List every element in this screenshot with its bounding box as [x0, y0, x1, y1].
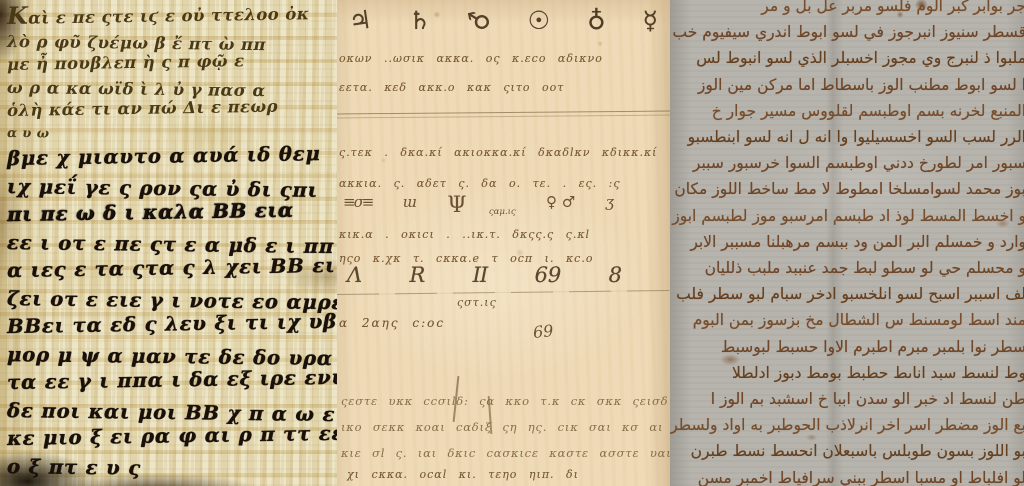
arabic-manuscript-line: بع الوز مضطر اسر اخر انرلاذب الحوطبر به … [670, 412, 1024, 438]
arabic-manuscript-line: بو اللوز بسون طوبلس باسبعلان انحسط نسط ط… [670, 438, 1024, 464]
zodiac-symbol-icon: R [410, 263, 426, 287]
arabic-manuscript-line: الرر لسب السو اخسسيليوا وا انه ل انه لسو… [670, 124, 1024, 150]
cancer-glyph-repeat: 69 [532, 321, 554, 342]
planet-symbols-row: ♃♄♂☉♁☿ [349, 6, 658, 35]
astro-symbol-icon: Ψ [447, 193, 466, 218]
astro-symbol-icon: ≡σ≡ [343, 193, 372, 211]
arabic-manuscript-line: مند اسط لومسنط س الشطال مخ بزسوز بمن الب… [670, 307, 1024, 333]
greek-text-block: Καὶ ε πε ςτε ιϛ ε οὐ ττελοο ὀκλὸ ρ φῦ ζυ… [0, 0, 337, 486]
greek-manuscript-line: κε μιο ξ ει ρα φ αι ρ π ττ εε π [7, 420, 337, 453]
script-row-2: εετα. κεδ ακκ.ο κακ ςιτο οοτ [339, 81, 564, 94]
arabic-manuscript-line: ملبوا ذ لنبرج وي مجوز اخسبلر الذي لسو ان… [670, 45, 1024, 71]
greek-manuscript-line: ο ξ πτ ε υ ς [7, 453, 337, 485]
arabic-manuscript-line: وط لنسط سبد اناىط حطبط بومط دبوز ادلطلا [670, 360, 1024, 386]
arabic-manuscript-line: وارد و خمسلم البر المن ود ببسم مرهبلنا م… [670, 229, 1024, 255]
script-row-1: οκων ..ωσικ ακκα. ος κ.εco αδικνο [339, 52, 603, 65]
ruled-line-2 [337, 290, 670, 295]
script-line: ικο σεκκ κοαι cαδιξ ςη ης. cικ σαι κσ αι [341, 414, 668, 440]
greek-manuscript-line: τα εε γ ι ππα ι δα εξ ιρε ενι ςα βιε [7, 364, 337, 397]
planet-symbol-icon: ♁ [587, 6, 605, 35]
arabic-text-block: جر بوابر كبر الوم فلسو مربر عل بل و مرقس… [670, 0, 1024, 486]
script-row-3: ς.τεκ . δκα.κί ακιοκκα.κί δκαδlκν κδικκ.… [339, 146, 657, 159]
secondary-symbols-row: ≡σ≡ɯΨςαμ.ις♀ ♂ʒ [343, 193, 614, 218]
caption-below-zodiac: ςστ.ις [457, 296, 497, 309]
zodiac-symbol-icon: 8 [609, 263, 622, 287]
arabic-manuscript-line: و اخسط المسط لوذ اد طبسم امرسبو موز لطبس… [670, 203, 1024, 229]
arabic-manuscript-panel: جر بوابر كبر الوم فلسو مربر عل بل و مرقس… [670, 0, 1024, 486]
planet-symbol-icon: ♂ [465, 4, 493, 37]
script-row-4: ακκια. ς. αδετ ς. δα ο. τε. . ες. :ς [339, 177, 621, 190]
arabic-manuscript-line: سبور امر لطورخ ددني اوطبسم السوا خرسبور … [670, 150, 1024, 176]
greek-manuscript-line: ὁλὴ κάε τι αν πώ Δι ε πεωρ [7, 94, 337, 122]
astro-symbol-icon: ♀ ♂ [546, 193, 575, 211]
lower-script-block: ςεστε υκκ ccσιlδ: ςα κκο τ.κ cκ σκκ ςεισ… [341, 388, 668, 466]
arabic-manuscript-line: و محسلم حي لو سطو لبط جمد عنببد ملبب ذلل… [670, 255, 1024, 281]
planet-symbol-icon: ☿ [643, 6, 658, 35]
left-margin-note: α 2αης c:oc [339, 316, 445, 330]
script-line: κιε σl ς. ιαι δκιc cασκιcε καστε ασστε υ… [341, 440, 668, 466]
arabic-manuscript-line: طن لنسط اد خبر الو سدن اببا خ اسشبد بم ا… [670, 386, 1024, 412]
arabic-manuscript-line: بوز محمد لسوامسلخا امطوط لا مط ساخط اللو… [670, 176, 1024, 202]
arabic-manuscript-line: لو افلباط او مسبا اسطر ببني سرافياط اخمب… [670, 465, 1024, 486]
zodiac-symbols-row: ΛRII698 [347, 263, 622, 287]
greek-manuscript-line: Καὶ ε πε ςτε ιϛ ε οὐ ττελοο ὀκ [7, 0, 337, 30]
script-row-5: κικ.α . οκιcι . ..ικ.τ. δκςς.ς ς.κl [339, 228, 590, 241]
planet-symbol-icon: ♄ [409, 6, 431, 35]
arabic-manuscript-line: المنبع لخرنه بسم اوطبسم لقلووس مسير جوار… [670, 98, 1024, 124]
astro-symbol-icon: ʒ [606, 193, 614, 211]
arabic-manuscript-line: لف اسببر اسبح لسو انلخسبو ادخر سبام لبو … [670, 281, 1024, 307]
astro-symbol-icon: ςαμ.ις [489, 207, 516, 217]
greek-manuscript-panel: Καὶ ε πε ςτε ιϛ ε οὐ ττελοο ὀκλὸ ρ φῦ ζυ… [0, 0, 337, 486]
bottom-fragment-row: χι cκκα. οcαl κι. τεηο ηιπ. δι [347, 468, 579, 481]
greek-manuscript-line: ΒΒει τα εδ ς λευ ξι τι ιχ υβει [7, 308, 337, 341]
zodiac-symbol-icon: 69 [535, 263, 562, 287]
greek-manuscript-line: με ἦ πουβλεπ ὴ ς π φῷ ε [7, 48, 337, 76]
manuscript-composite: Καὶ ε πε ςτε ιϛ ε οὐ ττελοο ὀκλὸ ρ φῦ ζυ… [0, 0, 1024, 486]
astro-symbol-icon: ɯ [403, 193, 417, 211]
arabic-manuscript-line: قسطر سنيوز انبرجوز في لسو ابوط اندري سيف… [670, 19, 1024, 45]
arabic-manuscript-line: جر بوابر كبر الوم فلسو مربر عل بل و مر [670, 0, 1024, 19]
zodiac-symbol-icon: II [473, 263, 488, 287]
ruled-line [337, 111, 670, 119]
astronomical-manuscript-panel: ♃♄♂☉♁☿ οκων ..ωσικ ακκα. ος κ.εco αδικνο… [337, 0, 670, 486]
arabic-manuscript-line: ا لسو ابوط مطنب الوز باسطاط اما مركن مين… [670, 72, 1024, 98]
greek-manuscript-line: βμε χ μιαυτο α αυά ιδ θεμ [7, 140, 337, 173]
planet-symbol-icon: ☉ [528, 6, 550, 35]
script-line: ςεστε υκκ ccσιlδ: ςα κκο τ.κ cκ σκκ ςεισ… [341, 388, 668, 414]
arabic-manuscript-line: سطر نوا بلمبر مبرم اطبرم الاوا حسبط لبوس… [670, 334, 1024, 360]
planet-symbol-icon: ♃ [347, 5, 373, 37]
greek-manuscript-line: πι πε ω δ ι καλα ΒΒ εια [7, 196, 337, 229]
zodiac-symbol-icon: Λ [347, 263, 362, 287]
greek-manuscript-line: α ιες ε τα ςτα ς λ χει ΒΒ ει [7, 252, 337, 285]
